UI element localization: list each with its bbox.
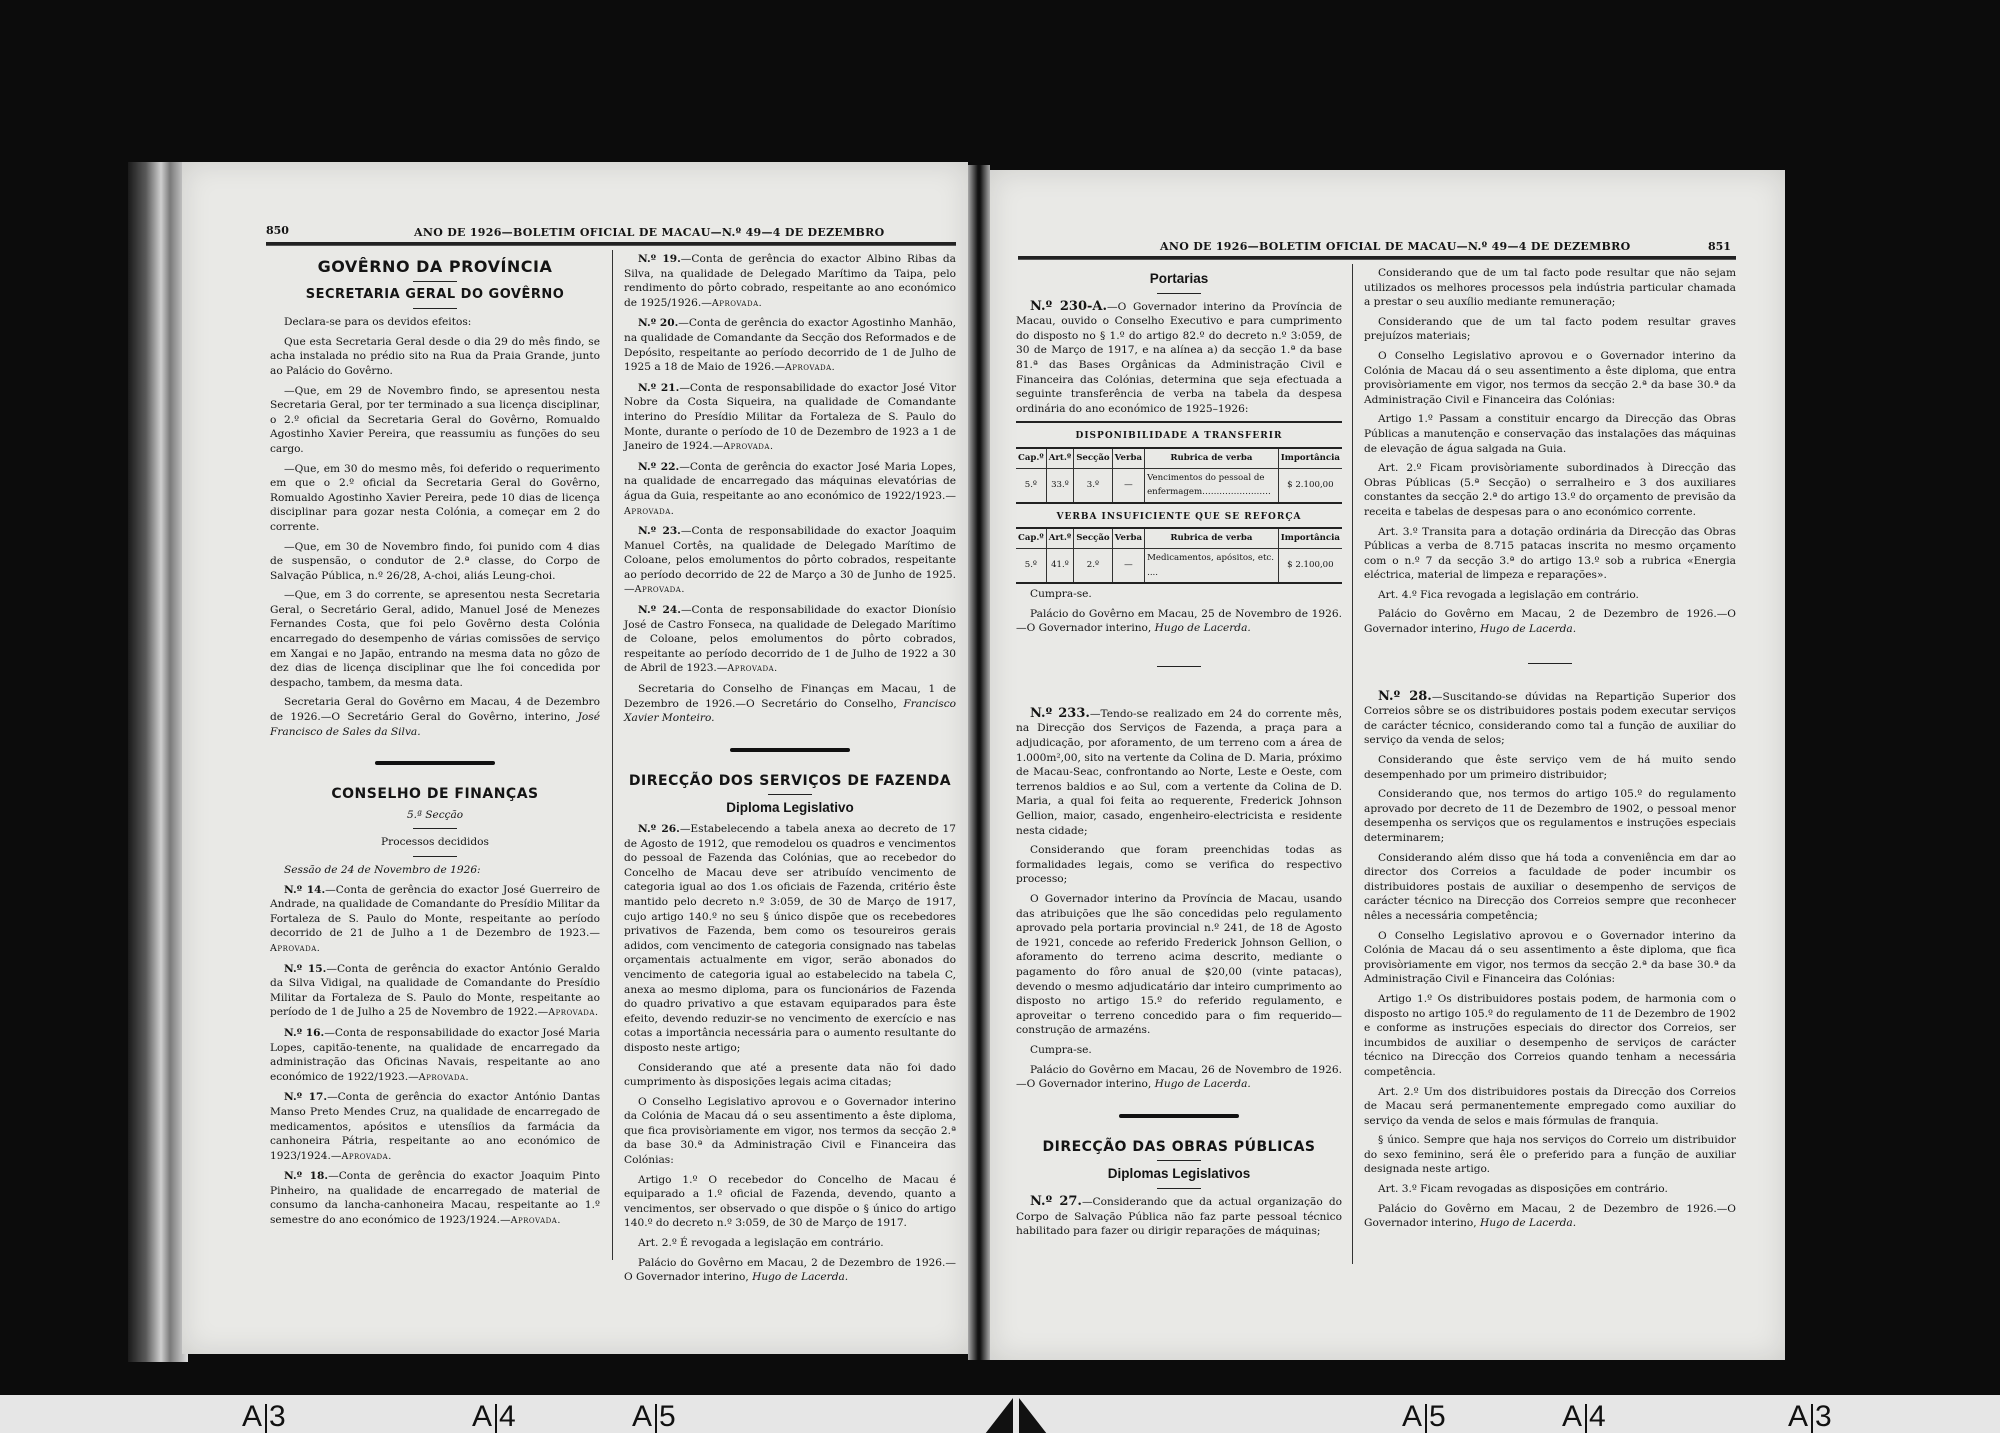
table-header: Secção	[1074, 528, 1112, 548]
section-title: DIRECÇÃO DOS SERVIÇOS DE FAZENDA	[624, 774, 956, 789]
table-rule	[1016, 421, 1342, 423]
header-rule	[1018, 256, 1736, 260]
account-item: N.º 18.—Conta de gerência do exactor Joa…	[270, 1169, 600, 1228]
table-row: 5.º41.º2.º—Medicamentos, apósitos, etc. …	[1016, 548, 1342, 583]
left-col-1: GOVÊRNO DA PROVÍNCIA SECRETARIA GERAL DO…	[270, 256, 600, 1234]
section-title: CONSELHO DE FINANÇAS	[270, 787, 600, 802]
paragraph: O Conselho Legislativo aprovou e o Gover…	[1364, 349, 1736, 407]
paragraph: Art. 2.º Ficam provisòriamente subordina…	[1364, 461, 1736, 519]
paragraph: Considerando além disso que há toda a co…	[1364, 851, 1736, 924]
table-cell: 3.º	[1074, 468, 1112, 503]
right-col-2: Considerando que de um tal facto pode re…	[1364, 266, 1736, 1236]
section-title: Portarias	[1016, 272, 1342, 287]
paragraph: Considerando que êste serviço vem de há …	[1364, 753, 1736, 782]
right-page: ANO DE 1926—BOLETIM OFICIAL DE MACAU—N.º…	[990, 170, 1785, 1360]
divider	[1528, 663, 1572, 664]
paragraph: N.º 27.—Considerando que da actual organ…	[1016, 1195, 1342, 1239]
paragraph: § único. Sempre que haja nos serviços do…	[1364, 1133, 1736, 1177]
section-subtitle: SECRETARIA GERAL DO GOVÊRNO	[270, 288, 600, 303]
divider	[1157, 666, 1201, 667]
paragraph: Considerando que de um tal facto pode re…	[1364, 266, 1736, 310]
intro-text: Declara-se para os devidos efeitos:	[270, 315, 600, 330]
left-page-number: 850	[266, 224, 289, 237]
table-header: Importância	[1278, 448, 1342, 468]
signoff: Palácio do Govêrno em Macau, 2 de Dezemb…	[1364, 1202, 1736, 1231]
table-cell: $ 2.100,00	[1278, 548, 1342, 583]
signoff: Secretaria Geral do Govêrno em Macau, 4 …	[270, 695, 600, 739]
book-binding-edge	[128, 162, 188, 1362]
paragraph: —Que, em 3 do corrente, se apresentou ne…	[270, 588, 600, 690]
column-divider	[612, 250, 613, 1260]
paragraph: —Que, em 29 de Novembro findo, se aprese…	[270, 384, 600, 457]
paragraph: N.º 233.—Tendo-se realizado em 24 do cor…	[1016, 707, 1342, 838]
left-col-2: N.º 19.—Conta de gerência do exactor Alb…	[624, 252, 956, 1290]
account-item: N.º 15.—Conta de gerência do exactor Ant…	[270, 962, 600, 1021]
section-heading: Processos decididos	[270, 835, 600, 850]
divider	[768, 794, 812, 795]
paragraph: O Conselho Legislativo aprovou e o Gover…	[624, 1095, 956, 1168]
paragraph: Art. 4.º Fica revogada a legislação em c…	[1364, 588, 1736, 603]
table-header: Verba	[1112, 448, 1144, 468]
table-header: Art.º	[1046, 528, 1073, 548]
header-rule	[266, 242, 956, 246]
paragraph: Que esta Secretaria Geral desde o dia 29…	[270, 335, 600, 379]
table-cell: 5.º	[1016, 468, 1046, 503]
table-header: Rubrica de verba	[1145, 528, 1279, 548]
table-header: Secção	[1074, 448, 1112, 468]
account-item: N.º 19.—Conta de gerência do exactor Alb…	[624, 252, 956, 311]
film-marker-a5-left: A5	[632, 1400, 677, 1433]
divider	[1157, 1160, 1201, 1161]
paragraph: Art. 3.º Ficam revogadas as disposições …	[1364, 1182, 1736, 1197]
right-running-head: ANO DE 1926—BOLETIM OFICIAL DE MACAU—N.º…	[1160, 240, 1630, 253]
divider	[1157, 293, 1201, 294]
section-title: DIRECÇÃO DAS OBRAS PÚBLICAS	[1016, 1140, 1342, 1155]
divider	[413, 308, 457, 309]
signoff: Palácio do Govêrno em Macau, 2 de Dezemb…	[1364, 607, 1736, 636]
paragraph: O Conselho Legislativo aprovou e o Gover…	[1364, 929, 1736, 987]
section-subtitle: 5.ª Secção	[270, 808, 600, 823]
paragraph: Artigo 1.º Os distribuidores postais pod…	[1364, 992, 1736, 1080]
account-item: N.º 14.—Conta de gerência do exactor Jos…	[270, 883, 600, 957]
paragraph: Artigo 1.º Passam a constituir encargo d…	[1364, 412, 1736, 456]
paragraph: N.º 28.—Suscitando-se dúvidas na Reparti…	[1364, 690, 1736, 748]
signoff: Palácio do Govêrno em Macau, 2 de Dezemb…	[624, 1256, 956, 1285]
table-header: Cap.º	[1016, 448, 1046, 468]
paragraph: Considerando que foram preenchidas todas…	[1016, 843, 1342, 887]
table-header: Cap.º	[1016, 528, 1046, 548]
table-caption: DISPONIBILIDADE A TRANSFERIR	[1016, 429, 1342, 444]
divider	[1157, 1188, 1201, 1189]
left-running-head: ANO DE 1926—BOLETIM OFICIAL DE MACAU—N.º…	[414, 226, 884, 239]
paragraph: Artigo 1.º O recebedor do Concelho de Ma…	[624, 1173, 956, 1231]
session-date: Sessão de 24 de Novembro de 1926:	[270, 863, 600, 878]
film-marker-a4-left: A4	[472, 1400, 517, 1433]
paragraph: —Que, em 30 de Novembro findo, foi punid…	[270, 540, 600, 584]
divider	[413, 828, 457, 829]
account-item: N.º 22.—Conta de gerência do exactor Jos…	[624, 460, 956, 519]
table-header: Importância	[1278, 528, 1342, 548]
account-item: N.º 17.—Conta de gerência do exactor Ant…	[270, 1090, 600, 1164]
table-header: Art.º	[1046, 448, 1073, 468]
left-page: 850 ANO DE 1926—BOLETIM OFICIAL DE MACAU…	[182, 162, 968, 1354]
paragraph: N.º 230-A.—O Governador interino da Prov…	[1016, 300, 1342, 417]
film-marker-a4-right: A4	[1562, 1400, 1607, 1433]
paragraph: Considerando que, nos termos do artigo 1…	[1364, 787, 1736, 845]
table-header: Verba	[1112, 528, 1144, 548]
table-cell: 2.º	[1074, 548, 1112, 583]
account-item: N.º 20.—Conta de gerência do exactor Ago…	[624, 316, 956, 375]
budget-transfer-table: Cap.ºArt.ºSecçãoVerbaRubrica de verbaImp…	[1016, 447, 1342, 504]
table-cell: 5.º	[1016, 548, 1046, 583]
table-caption: VERBA INSUFICIENTE QUE SE REFORÇA	[1016, 510, 1342, 525]
table-cell: —	[1112, 548, 1144, 583]
paragraph: Art. 2.º Um dos distribuidores postais d…	[1364, 1085, 1736, 1129]
table-cell: 41.º	[1046, 548, 1073, 583]
paragraph: —Que, em 30 do mesmo mês, foi deferido o…	[270, 462, 600, 535]
table-cell: Medicamentos, apósitos, etc. ....	[1145, 548, 1279, 583]
table-cell: Vencimentos do pessoal de enfermagem……………	[1145, 468, 1279, 503]
section-separator	[730, 748, 850, 752]
column-divider	[1352, 264, 1353, 1264]
table-header: Rubrica de verba	[1145, 448, 1279, 468]
section-title: GOVÊRNO DA PROVÍNCIA	[270, 260, 600, 275]
paragraph: Considerando que de um tal facto podem r…	[1364, 315, 1736, 344]
section-separator	[1119, 1114, 1239, 1118]
section-separator	[375, 761, 495, 765]
cumpra-se: Cumpra-se.	[1016, 587, 1342, 602]
section-subtitle: Diploma Legislativo	[624, 801, 956, 816]
page-gutter	[968, 165, 990, 1360]
film-marker-a5-right: A5	[1402, 1400, 1447, 1433]
right-page-number: 851	[1708, 240, 1731, 253]
account-item: N.º 23.—Conta de responsabilidade do exa…	[624, 524, 956, 598]
paragraph: O Governador interino da Província de Ma…	[1016, 892, 1342, 1038]
table-cell: $ 2.100,00	[1278, 468, 1342, 503]
table-row: 5.º33.º3.º—Vencimentos do pessoal de enf…	[1016, 468, 1342, 503]
cumpra-se: Cumpra-se.	[1016, 1043, 1342, 1058]
table-cell: 33.º	[1046, 468, 1073, 503]
section-subtitle: Diplomas Legislativos	[1016, 1167, 1342, 1182]
account-item: N.º 21.—Conta de responsabilidade do exa…	[624, 381, 956, 455]
account-item: N.º 16.—Conta de responsabilidade do exa…	[270, 1026, 600, 1085]
signoff: Palácio do Govêrno em Macau, 26 de Novem…	[1016, 1063, 1342, 1092]
divider	[413, 281, 457, 282]
budget-transfer-table: Cap.ºArt.ºSecçãoVerbaRubrica de verbaImp…	[1016, 527, 1342, 584]
paragraph: Art. 2.º É revogada a legislação em cont…	[624, 1236, 956, 1251]
film-marker-a3-right: A3	[1788, 1400, 1833, 1433]
paragraph: N.º 26.—Estabelecendo a tabela anexa ao …	[624, 822, 956, 1056]
signoff: Secretaria do Conselho de Finanças em Ma…	[624, 682, 956, 726]
divider	[413, 856, 457, 857]
account-item: N.º 24.—Conta de responsabilidade do exa…	[624, 603, 956, 677]
table-cell: —	[1112, 468, 1144, 503]
paragraph: Considerando que até a presente data não…	[624, 1061, 956, 1090]
film-marker-a3-left: A3	[242, 1400, 287, 1433]
right-col-1: Portarias N.º 230-A.—O Governador interi…	[1016, 266, 1342, 1244]
paragraph: Art. 3.º Transita para a dotação ordinár…	[1364, 525, 1736, 583]
signoff: Palácio do Govêrno em Macau, 25 de Novem…	[1016, 607, 1342, 636]
